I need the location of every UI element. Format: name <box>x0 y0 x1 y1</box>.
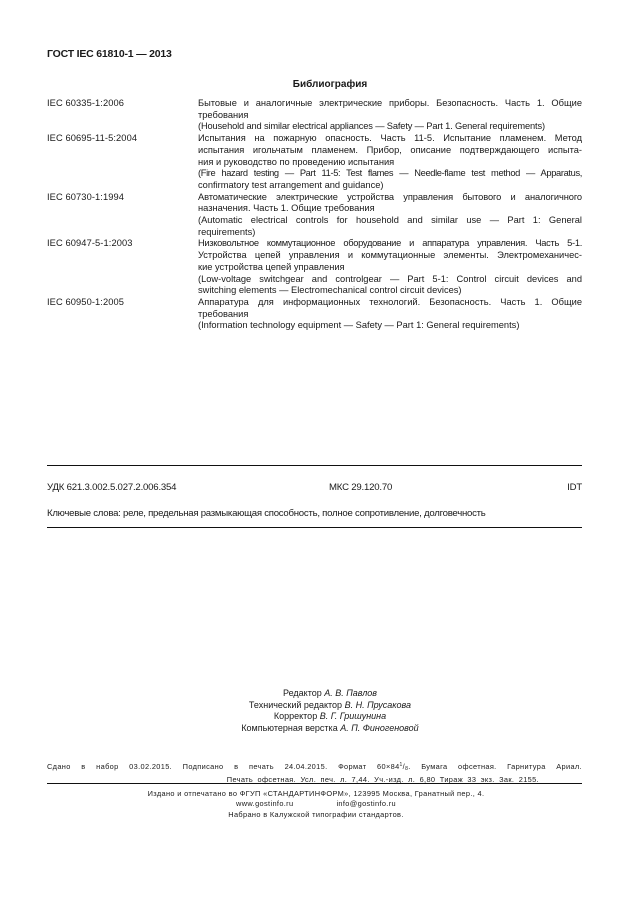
website-link[interactable]: www.gostinfo.ru <box>236 799 334 809</box>
bibliography-line: Испытания на пожарную опасность. Часть 1… <box>198 133 582 145</box>
credits-block: Редактор А. В. Павлов Технический редакт… <box>0 688 630 734</box>
bibliography-code: IEC 60695-11-5:2004 <box>47 133 198 192</box>
credit-line: Компьютерная верстка А. П. Финогеновой <box>30 723 630 735</box>
mks-code: МКС 29.120.70 <box>329 482 392 493</box>
credit-name: А. П. Финогеновой <box>340 723 418 733</box>
bibliography-title: Библиография <box>0 79 630 90</box>
bibliography-line: requirements) <box>198 227 582 239</box>
bibliography-line: ния и руководство по проведению испытани… <box>198 157 582 169</box>
email-link[interactable]: info@gostinfo.ru <box>336 799 396 808</box>
bibliography-entry: IEC 60947-5-1:2003 Низковольтное коммута… <box>47 238 582 297</box>
bibliography-line: кие устройства цепей управления <box>198 262 582 274</box>
credit-line: Корректор В. Г. Гришунина <box>30 711 630 723</box>
bibliography-line: Автоматические электрические устройства … <box>198 192 582 204</box>
bibliography-line: Низковольтное коммутационное оборудовани… <box>198 238 582 250</box>
bibliography-line: назначения. Часть 1. Общие требования <box>198 203 582 215</box>
publication-info: Сдано в набор 03.02.2015. Подписано в пе… <box>47 760 582 785</box>
divider-publication <box>47 783 582 784</box>
bibliography-line: (Information technology equipment — Safe… <box>198 320 582 332</box>
divider-bottom <box>47 527 582 528</box>
bibliography-entry: IEC 60730-1:1994 Автоматические электрич… <box>47 192 582 239</box>
bibliography-description: Аппаратура для информационных технологий… <box>198 297 582 332</box>
printer-address: Издано и отпечатано во ФГУП «СТАНДАРТИНФ… <box>2 789 630 799</box>
credit-line: Технический редактор В. Н. Прусакова <box>30 700 630 712</box>
bibliography-line: требования <box>198 110 582 122</box>
bibliography-line: испытания игольчатым пламенем. Прибор, о… <box>198 145 582 157</box>
credit-name: В. Г. Гришунина <box>320 711 386 721</box>
publication-line-1: Сдано в набор 03.02.2015. Подписано в пе… <box>47 760 582 775</box>
page-header: ГОСТ IEC 61810-1 — 2013 <box>47 48 172 60</box>
bibliography-description: Испытания на пожарную опасность. Часть 1… <box>198 133 582 192</box>
credit-role: Компьютерная верстка <box>241 723 337 733</box>
bibliography-code: IEC 60335-1:2006 <box>47 98 198 133</box>
degree-of-correspondence: IDT <box>567 482 582 493</box>
bibliography-line: confirmatory test arrangement and guidan… <box>198 180 582 192</box>
bibliography-entry: IEC 60950-1:2005 Аппаратура для информац… <box>47 297 582 332</box>
bibliography-line: Аппаратура для информационных технологий… <box>198 297 582 309</box>
credit-name: А. В. Павлов <box>324 688 377 698</box>
bibliography-line: (Automatic electrical controls for house… <box>198 215 582 227</box>
credit-role: Технический редактор <box>249 700 342 710</box>
publication-dates: Сдано в набор 03.02.2015. Подписано в пе… <box>47 762 400 771</box>
bibliography-line: (Low-voltage switchgear and controlgear … <box>198 274 582 286</box>
bibliography-list: IEC 60335-1:2006 Бытовые и аналогичные э… <box>47 98 582 332</box>
bibliography-line: Устройства цепей управления и коммутацио… <box>198 250 582 262</box>
bibliography-line: (Fire hazard testing — Part 11-5: Test f… <box>198 168 582 180</box>
bibliography-description: Бытовые и аналогичные электрические приб… <box>198 98 582 133</box>
keywords: Ключевые слова: реле, предельная размыка… <box>47 508 587 519</box>
bibliography-line: Бытовые и аналогичные электрические приб… <box>198 98 582 110</box>
format-numerator: 1 <box>400 762 403 768</box>
publication-paper: . Бумага офсетная. Гарнитура Ариал. <box>408 762 582 771</box>
bibliography-code: IEC 60730-1:1994 <box>47 192 198 239</box>
bibliography-description: Автоматические электрические устройства … <box>198 192 582 239</box>
typesetting-note: Набрано в Калужской типографии стандарто… <box>2 810 630 820</box>
divider-top <box>47 465 582 466</box>
credit-role: Редактор <box>283 688 322 698</box>
udk-code: УДК 621.3.002.5.027.2.006.354 <box>47 482 176 493</box>
bibliography-line: switching elements — Electromechanical c… <box>198 285 582 297</box>
bibliography-entry: IEC 60695-11-5:2004 Испытания на пожарну… <box>47 133 582 192</box>
bibliography-line: требования <box>198 309 582 321</box>
printer-info: Издано и отпечатано во ФГУП «СТАНДАРТИНФ… <box>0 789 630 820</box>
classification-row: УДК 621.3.002.5.027.2.006.354 МКС 29.120… <box>47 482 582 493</box>
credit-name: В. Н. Прусакова <box>345 700 412 710</box>
bibliography-code: IEC 60950-1:2005 <box>47 297 198 332</box>
bibliography-line: (Household and similar electrical applia… <box>198 121 582 133</box>
bibliography-code: IEC 60947-5-1:2003 <box>47 238 198 297</box>
printer-contacts: www.gostinfo.ru info@gostinfo.ru <box>2 799 630 809</box>
bibliography-entry: IEC 60335-1:2006 Бытовые и аналогичные э… <box>47 98 582 133</box>
credit-line: Редактор А. В. Павлов <box>30 688 630 700</box>
bibliography-description: Низковольтное коммутационное оборудовани… <box>198 238 582 297</box>
credit-role: Корректор <box>274 711 317 721</box>
